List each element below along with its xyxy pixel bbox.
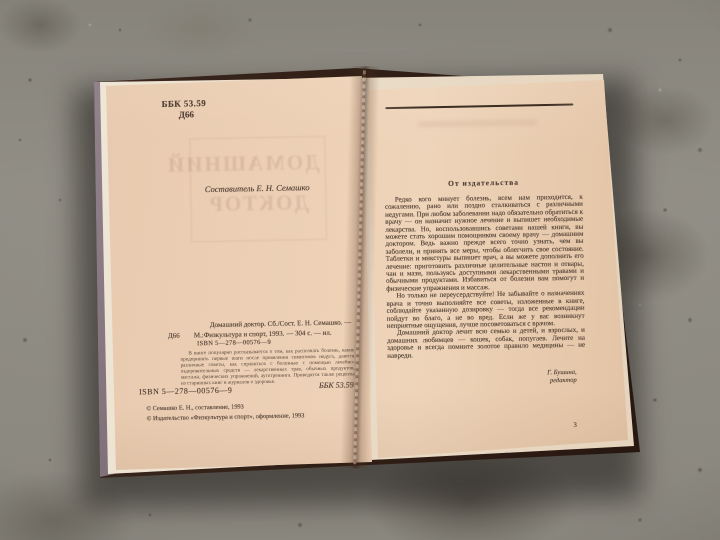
bbk-classification: ББК 53.59 — [161, 98, 206, 109]
copyright-compiler: © Семашко Е. Н., составление, 1993 — [146, 403, 243, 412]
preface-text-block: От издательства Редко кого минует болезн… — [385, 177, 586, 360]
showthrough-title-line2: ДОКТОР — [196, 190, 320, 217]
copyright-publisher: © Издательство «Физкультура и спорт», оф… — [147, 412, 305, 422]
preface-paragraph-3: Домашний доктор лечит всю семью и детей,… — [387, 327, 585, 360]
showthrough-title-line1: ДОМАШНИЙ — [195, 150, 319, 177]
editor-role: редактор — [511, 376, 577, 385]
biblio-index: Д66 — [168, 331, 180, 339]
right-page-content: От издательства Редко кого минует болезн… — [372, 80, 618, 464]
biblio-isbn-line: ISBN 5—278—00576—9 — [197, 339, 271, 347]
biblio-imprint: М.:Физкультура и спорт, 1993. — 304 с. —… — [194, 328, 332, 339]
isbn-footer: ISBN 5—278—00576—9 — [139, 386, 232, 397]
page-top-rule — [385, 103, 573, 109]
right-page-showthrough — [418, 119, 538, 127]
photo-open-book-on-concrete: { "scene": { "description": "Photograph … — [0, 0, 720, 540]
preface-paragraph-2: Но только не переусердствуйте! Не забыва… — [386, 290, 585, 330]
page-number: 3 — [573, 421, 577, 429]
editor-signature: Г. Бушина, редактор — [511, 369, 577, 385]
left-page-content: ДОМАШНИЙ ДОКТОР ББК 53.59 Д66 Составител… — [106, 71, 380, 470]
preface-paragraph-1: Редко кого минует болезнь, всем нам прих… — [385, 194, 584, 293]
bbk-author-index: Д66 — [179, 109, 194, 119]
gutter-deckle-edge — [353, 70, 366, 464]
bibliographic-imprint-line: Д66М.:Физкультура и спорт, 1993. — 304 с… — [168, 328, 332, 339]
preface-heading: От издательства — [385, 177, 583, 189]
